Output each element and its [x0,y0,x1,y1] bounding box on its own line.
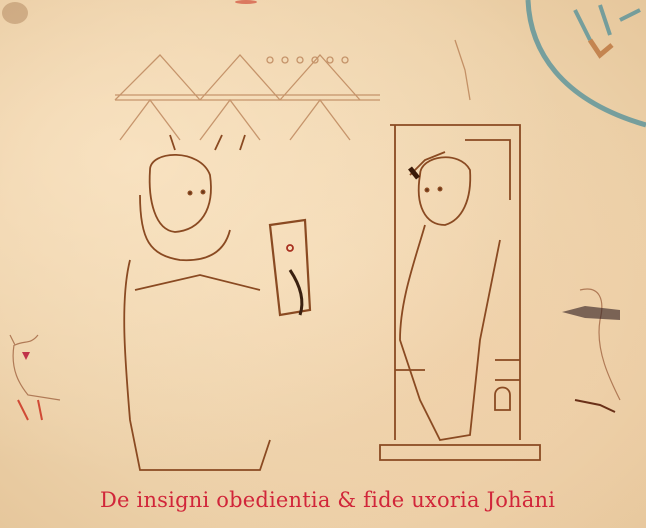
owl-beak-icon [22,352,30,360]
rubric-caption: De insigni obedientia & fide uxoria Johā… [100,488,540,512]
library-stamp-icon [528,0,646,125]
bird-beak-icon [562,306,620,320]
illumination-drawing [0,0,646,528]
manuscript-page: De insigni obedientia & fide uxoria Johā… [0,0,646,528]
right-figure-man-on-throne [380,125,540,460]
left-figure-woman [124,135,310,470]
owl-marginal-icon [10,335,60,420]
